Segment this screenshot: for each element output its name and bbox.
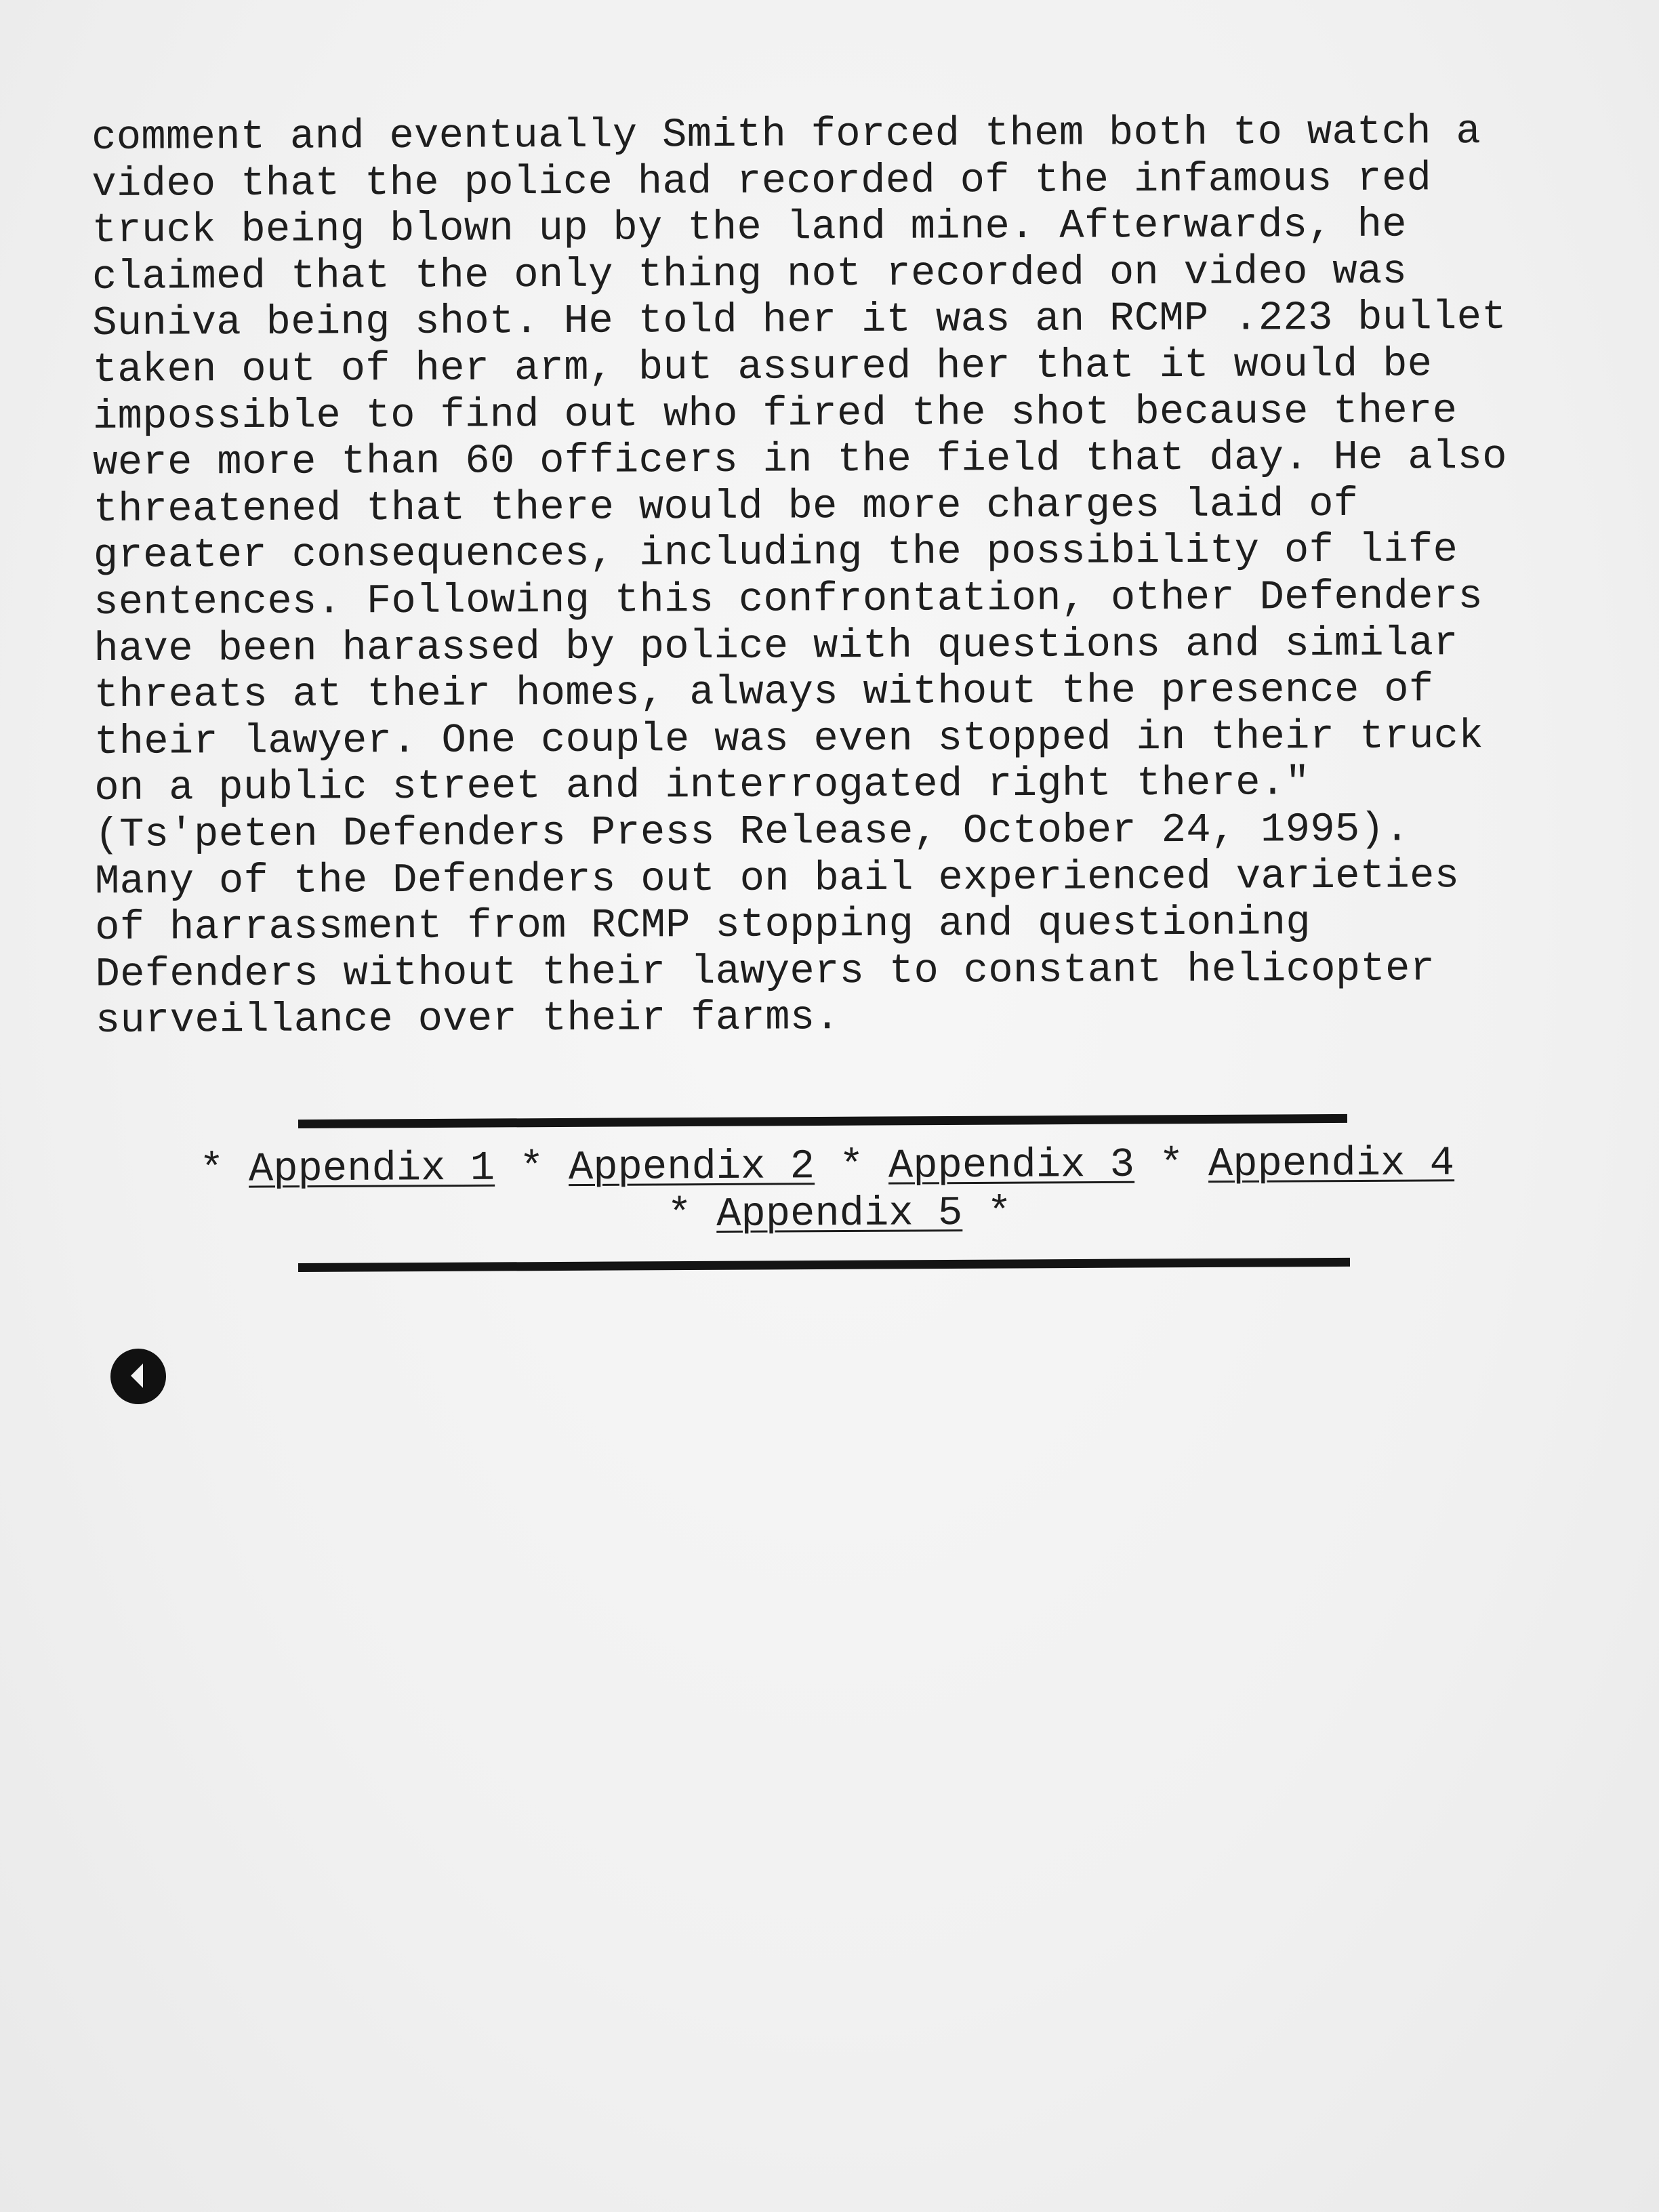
- text-line: were more than 60 officers in the field …: [93, 434, 1597, 487]
- text-line: threatened that there would be more char…: [93, 480, 1597, 533]
- text-line: Suniva being shot. He told her it was an…: [92, 295, 1597, 348]
- document-page: comment and eventually Smith forced them…: [0, 0, 1659, 2212]
- text-line: their lawyer. One couple was even stoppe…: [94, 713, 1599, 766]
- nav-separator: *: [667, 1192, 692, 1238]
- text-line: claimed that the only thing not recorded…: [92, 248, 1597, 301]
- appendix-nav: * Appendix 1 * Appendix 2 * Appendix 3 *…: [197, 1140, 1458, 1242]
- back-arrow-circle-icon: [110, 1349, 166, 1404]
- appendix-1-link[interactable]: Appendix 1: [249, 1146, 495, 1193]
- text-line: comment and eventually Smith forced them…: [91, 108, 1596, 161]
- text-line: (Ts'peten Defenders Press Release, Octob…: [94, 806, 1599, 859]
- nav-separator: *: [839, 1144, 864, 1190]
- text-line: Defenders without their lawyers to const…: [95, 945, 1599, 998]
- text-line: of harrassment from RCMP stopping and qu…: [95, 899, 1599, 951]
- body-text: comment and eventually Smith forced them…: [91, 108, 1600, 1045]
- horizontal-rule-top: [298, 1114, 1347, 1128]
- text-line: Many of the Defenders out on bail experi…: [95, 853, 1599, 905]
- nav-separator: *: [519, 1145, 544, 1191]
- text-line: have been harassed by police with questi…: [94, 620, 1598, 673]
- text-line: taken out of her arm, but assured her th…: [92, 341, 1597, 394]
- text-line: on a public street and interrogated righ…: [94, 760, 1599, 813]
- text-line: sentences. Following this confrontation,…: [94, 573, 1598, 626]
- nav-separator: *: [1159, 1142, 1184, 1188]
- appendix-3-link[interactable]: Appendix 3: [888, 1143, 1134, 1190]
- appendix-4-link[interactable]: Appendix 4: [1208, 1141, 1454, 1188]
- text-line: surveillance over their farms.: [96, 992, 1600, 1045]
- appendix-2-link[interactable]: Appendix 2: [569, 1144, 815, 1191]
- appendix-5-link[interactable]: Appendix 5: [716, 1191, 962, 1238]
- text-line: threats at their homes, always without t…: [94, 666, 1599, 719]
- text-line: truck being blown up by the land mine. A…: [92, 201, 1597, 254]
- nav-separator: *: [987, 1191, 1012, 1237]
- back-button[interactable]: [110, 1349, 166, 1404]
- text-line: impossible to find out who fired the sho…: [93, 388, 1597, 441]
- horizontal-rule-bottom: [298, 1258, 1350, 1272]
- text-line: video that the police had recorded of th…: [91, 155, 1596, 208]
- nav-separator: *: [199, 1147, 224, 1193]
- text-line: greater consequences, including the poss…: [94, 527, 1598, 580]
